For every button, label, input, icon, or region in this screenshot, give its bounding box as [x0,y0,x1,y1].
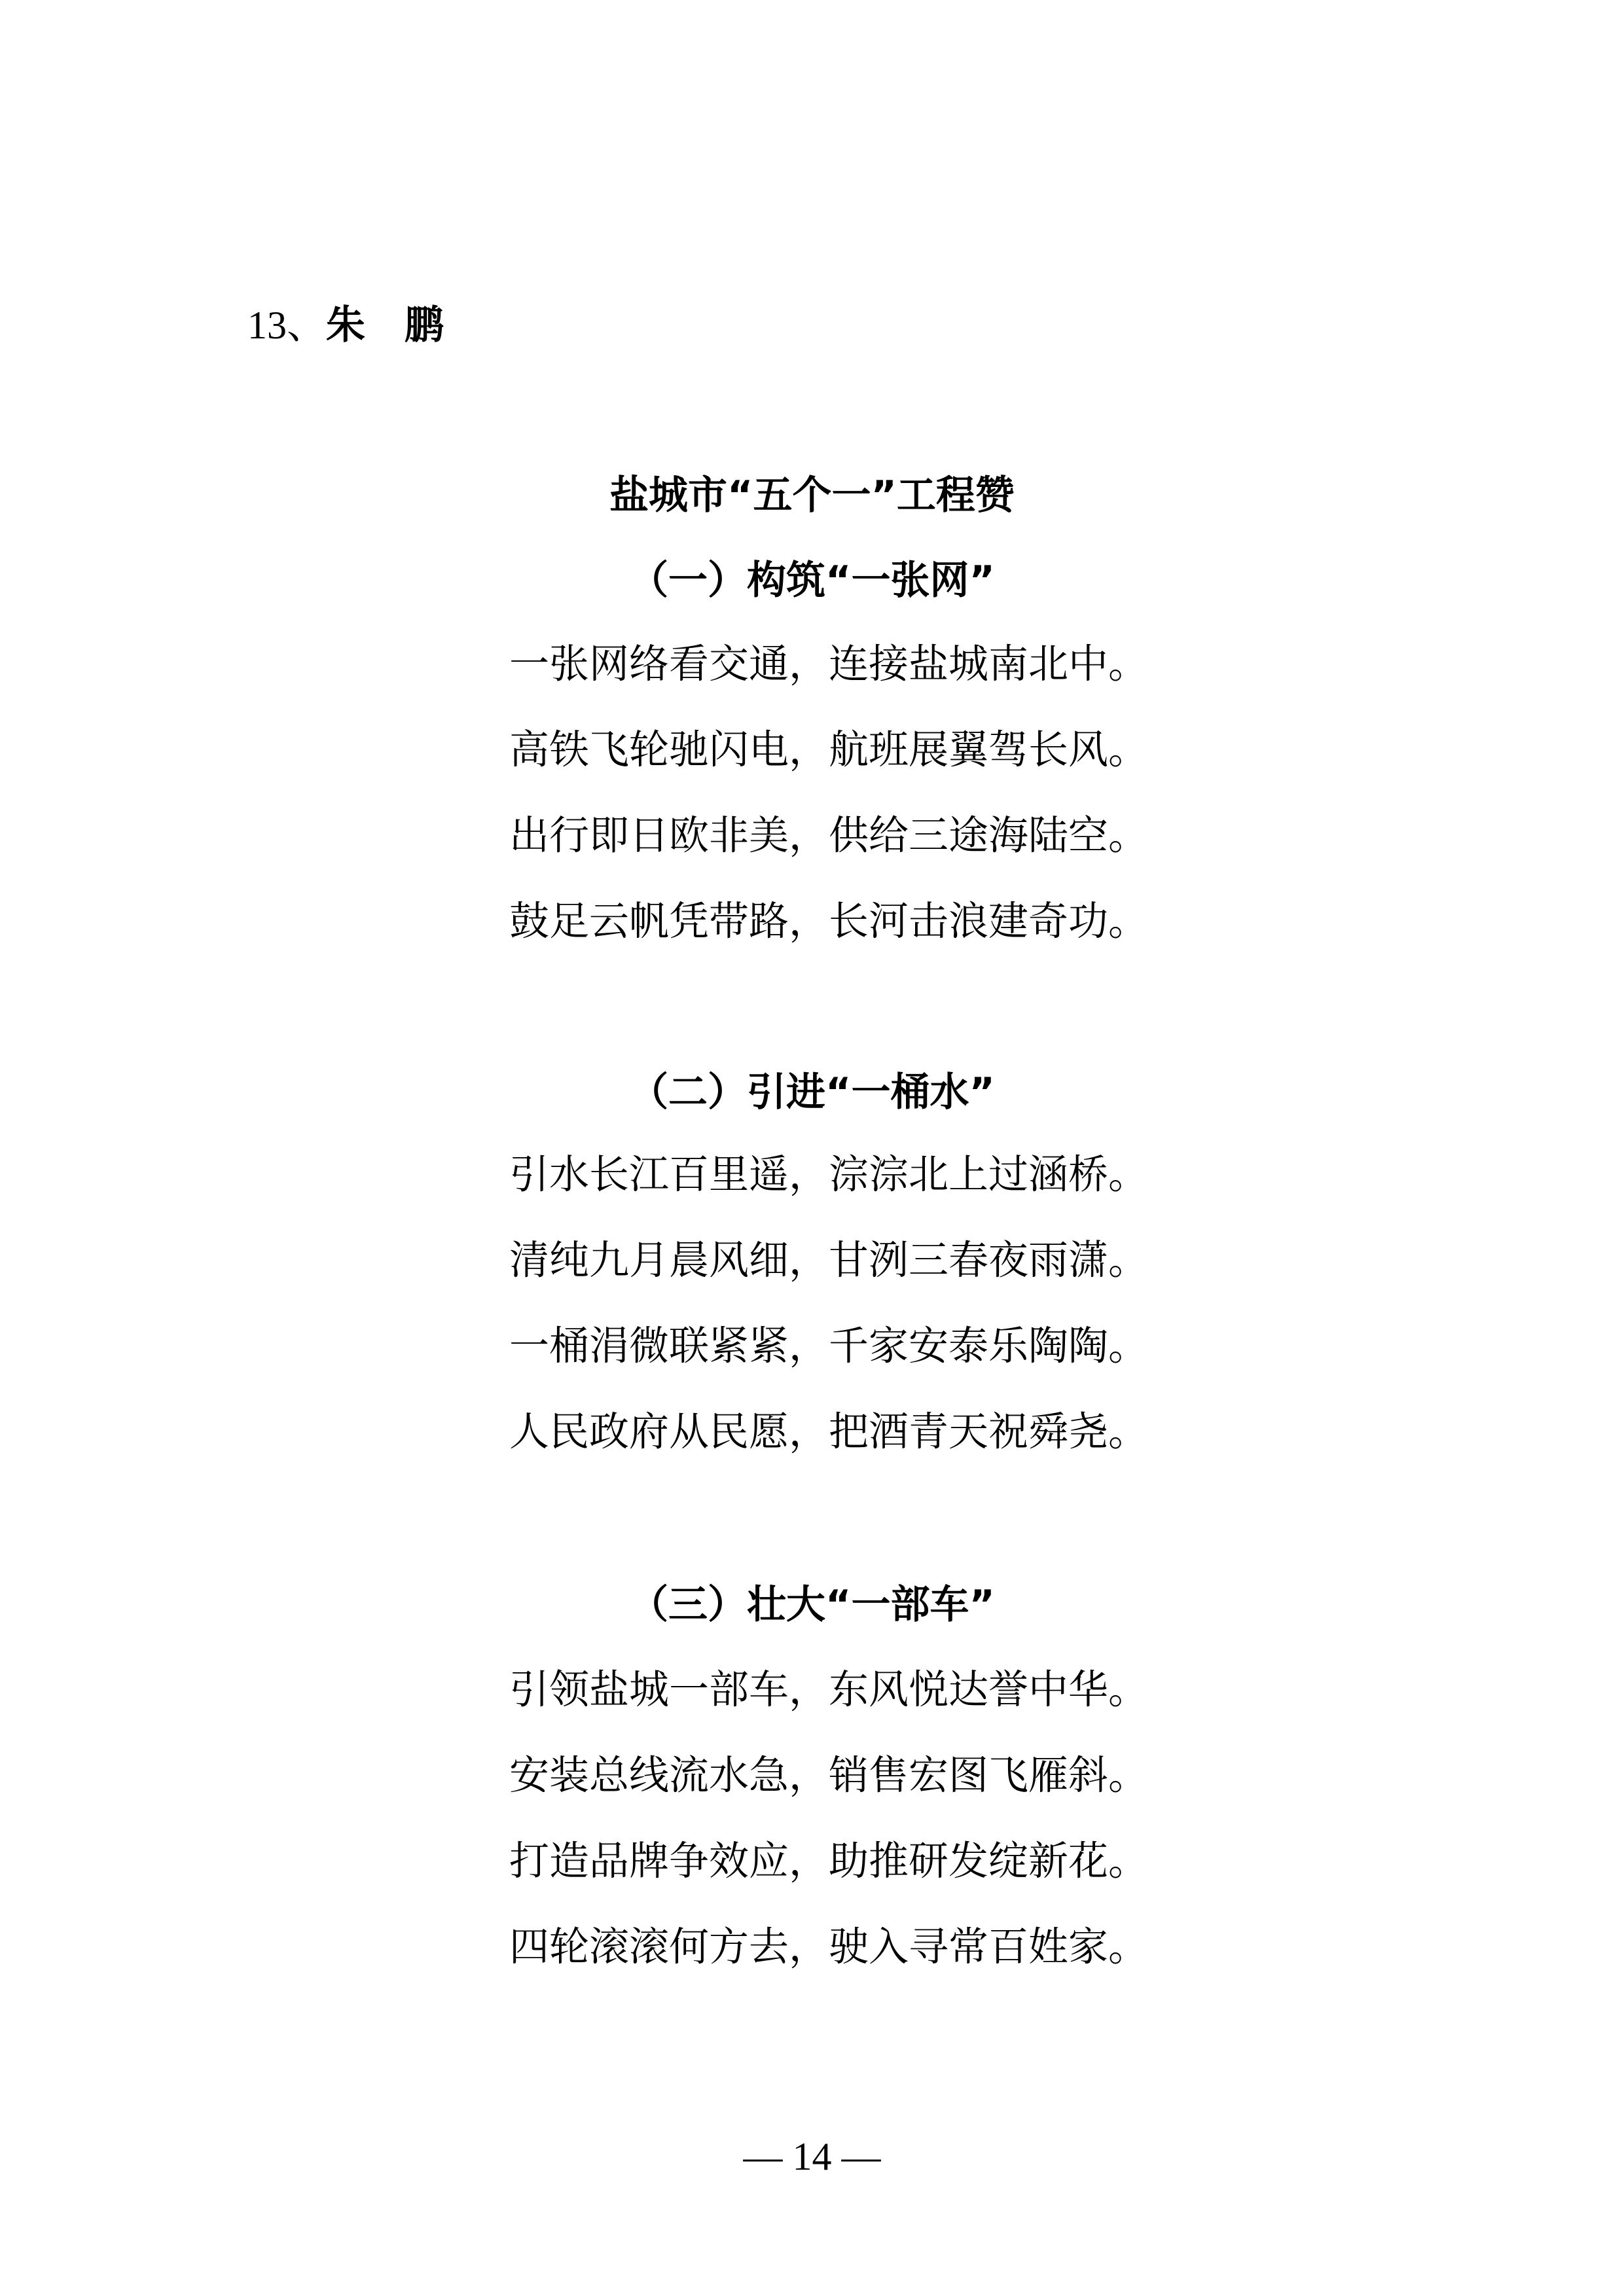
section-title-2: （二）引进“一桶水” [0,1069,1624,1115]
poem-title: 盐城市“五个一”工程赞 [0,473,1624,518]
verse-line: 一张网络看交通，连接盐城南北中。 [509,641,1125,687]
author-name: 朱 鹏 [326,302,444,348]
author-heading: 13、朱 鹏 [247,302,444,348]
verse-line: 清纯九月晨风细，甘洌三春夜雨潇。 [509,1238,1125,1283]
verse-line: 高铁飞轮驰闪电，航班展翼驾长风。 [509,727,1125,773]
verse-line: 人民政府从民愿，把酒青天祝舜尧。 [509,1409,1125,1455]
footer-dash-right: — [842,2135,881,2178]
document-page: 13、朱 鹏 盐城市“五个一”工程赞 （一）构筑“一张网” 一张网络看交通，连接… [0,0,1624,2296]
section-title-3: （三）壮大“一部车” [0,1582,1624,1628]
verse-line: 打造品牌争效应，助推研发绽新花。 [509,1839,1125,1884]
section-title-1: （一）构筑“一张网” [0,558,1624,603]
footer-dash-left: — [744,2135,783,2178]
page-number: 14 [793,2135,832,2178]
verse-line: 安装总线流水急，销售宏图飞雁斜。 [509,1753,1125,1799]
page-number-footer: — 14 — [0,2134,1624,2179]
verse-line: 引水长江百里遥，淙淙北上过涵桥。 [509,1152,1125,1198]
verse-line: 引领盐城一部车，东风悦达誉中华。 [509,1667,1125,1713]
verse-line: 鼓足云帆凭带路，长河击浪建奇功。 [509,899,1125,944]
verse-line: 一桶涓微联紧紧，千家安泰乐陶陶。 [509,1323,1125,1369]
author-number: 13、 [247,304,326,347]
verse-line: 四轮滚滚何方去，驶入寻常百姓家。 [509,1924,1125,1970]
verse-line: 出行即日欧非美，供给三途海陆空。 [509,813,1125,859]
